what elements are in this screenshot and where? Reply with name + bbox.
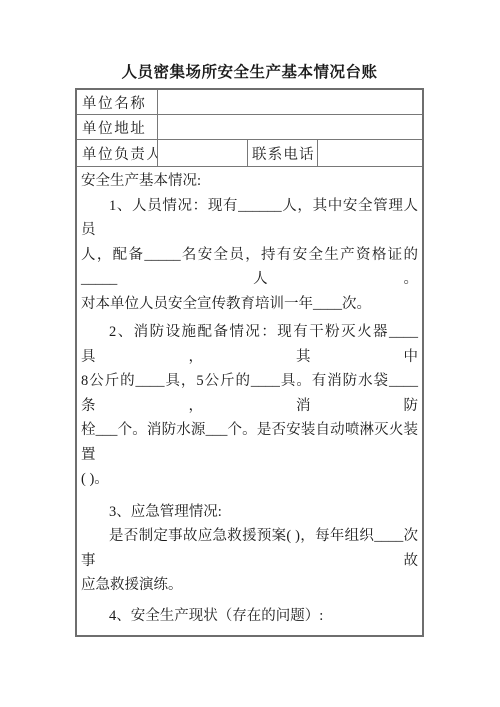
body-line: 栓___个。消防水源___个。是否安装自动喷淋灭火装置 (81, 418, 418, 467)
unit-head-label: 单位负责人 (77, 140, 158, 166)
personnel-section: 1、人员情况：现有______人，其中安全管理人员 人，配备_____名安全员，… (81, 194, 418, 317)
body-line: 对本单位人员安全宣传教育培训一年____次。 (81, 292, 418, 317)
unit-name-value (158, 90, 422, 114)
current-status-section: 4、安全生产现状（存在的问题）: (81, 604, 418, 629)
body-line: 3、应急管理情况: (81, 500, 418, 525)
safety-basic-info-cell: 安全生产基本情况: 1、人员情况：现有______人，其中安全管理人员 人，配备… (77, 167, 422, 635)
table-row-unit-address: 单位地址 (77, 115, 422, 140)
unit-address-label: 单位地址 (77, 115, 158, 139)
contact-phone-value (318, 140, 422, 166)
body-line: 1、人员情况：现有______人，其中安全管理人员 (81, 194, 418, 243)
page-title: 人员密集场所安全生产基本情况台账 (75, 60, 424, 82)
body-line: 应急救援演练。 (81, 573, 418, 598)
info-table: 单位名称 单位地址 单位负责人 联系电话 安全生产基本情况: 1、人员情况：现有… (75, 88, 424, 637)
body-line: ( )。 (81, 467, 418, 492)
emergency-section: 3、应急管理情况: 是否制定事故应急救援预案( )，每年组织____次事故 应急… (81, 500, 418, 598)
document-page: { "colors": { "text": "#1a1a1a", "border… (0, 0, 500, 707)
contact-phone-label: 联系电话 (248, 140, 318, 166)
fire-equipment-section: 2、消防设施配备情况：现有干粉灭火器____具，其中 8公斤的____具，5公斤… (81, 320, 418, 492)
body-line: 8公斤的____具，5公斤的____具。有消防水袋____条，消防 (81, 369, 418, 418)
body-heading: 安全生产基本情况: (81, 169, 418, 194)
body-line: 2、消防设施配备情况：现有干粉灭火器____具，其中 (81, 320, 418, 369)
body-line: 是否制定事故应急救援预案( )，每年组织____次事故 (81, 524, 418, 573)
table-row-unit-head: 单位负责人 联系电话 (77, 140, 422, 167)
body-line: 4、安全生产现状（存在的问题）: (81, 604, 418, 629)
unit-name-label: 单位名称 (77, 90, 158, 114)
body-line: 人，配备_____名安全员，持有安全生产资格证的_____人。 (81, 243, 418, 292)
table-row-unit-name: 单位名称 (77, 90, 422, 115)
unit-head-value (158, 140, 248, 166)
unit-address-value (158, 115, 422, 139)
